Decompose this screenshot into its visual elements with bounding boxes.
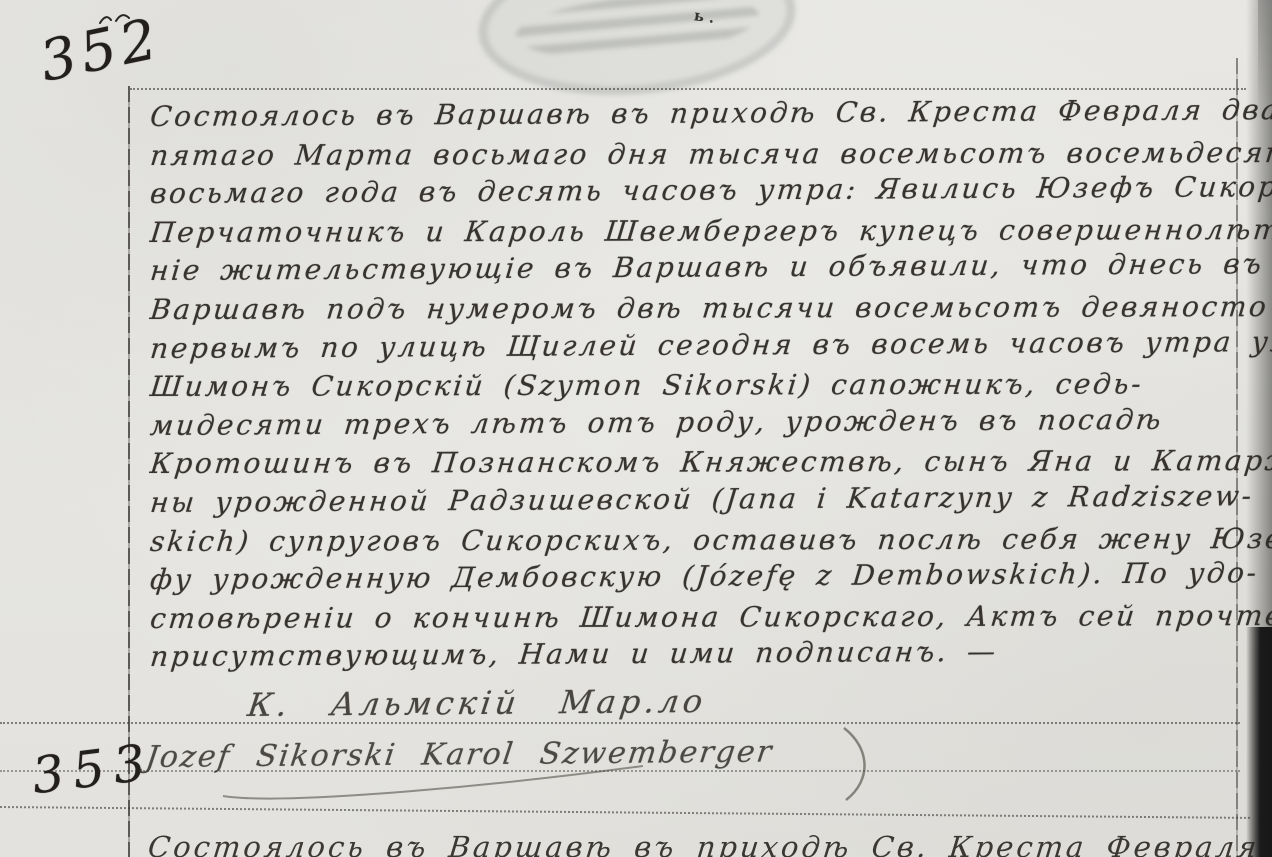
- scanned-document-page: ь. 352 353 Состоялось въ Варшавѣ въ прих…: [0, 0, 1272, 857]
- manuscript-line: присутствующимъ, Нами и ими подписанъ. —: [148, 634, 1257, 679]
- dotted-rule-record-divider: [0, 806, 1250, 819]
- oval-stamp-icon: [472, 0, 802, 108]
- manuscript-line: Состоялось въ Варшавѣ въ приходѣ Св. Кре…: [148, 93, 1257, 138]
- record-353-first-line-partial: Состоялось въ Варшавѣ въ приходѣ Св. Кре…: [146, 830, 1272, 857]
- dotted-rule-under-signature: [0, 722, 1240, 724]
- signature-priest: К. Альмскій Мар.ло: [245, 682, 708, 724]
- manuscript-line: восьмаго года въ десять часовъ утра: Яви…: [148, 170, 1257, 215]
- manuscript-line: ніе жительствующіе въ Варшавѣ и объявили…: [148, 248, 1257, 293]
- manuscript-line: мидесяти трехъ лѣтъ отъ роду, урожденъ в…: [148, 402, 1257, 447]
- dotted-rule-top: [130, 88, 1246, 90]
- record-number-353: 353: [29, 733, 158, 805]
- manuscript-line: ны урожденной Радзишевской (Jana i Katar…: [148, 479, 1257, 524]
- signature-underline-flourish: [178, 762, 648, 802]
- signature-paren-flourish: [836, 724, 876, 804]
- record-352-text: Состоялось въ Варшавѣ въ приходѣ Св. Кре…: [150, 100, 1254, 679]
- ink-specks: ь.: [693, 6, 721, 27]
- pen-flourish-above-number: [98, 12, 132, 26]
- manuscript-line: первымъ по улицѣ Щиглей сегодня въ восем…: [148, 325, 1257, 370]
- manuscript-line: фу урожденную Дембовскую (Józefę z Dembo…: [148, 556, 1257, 601]
